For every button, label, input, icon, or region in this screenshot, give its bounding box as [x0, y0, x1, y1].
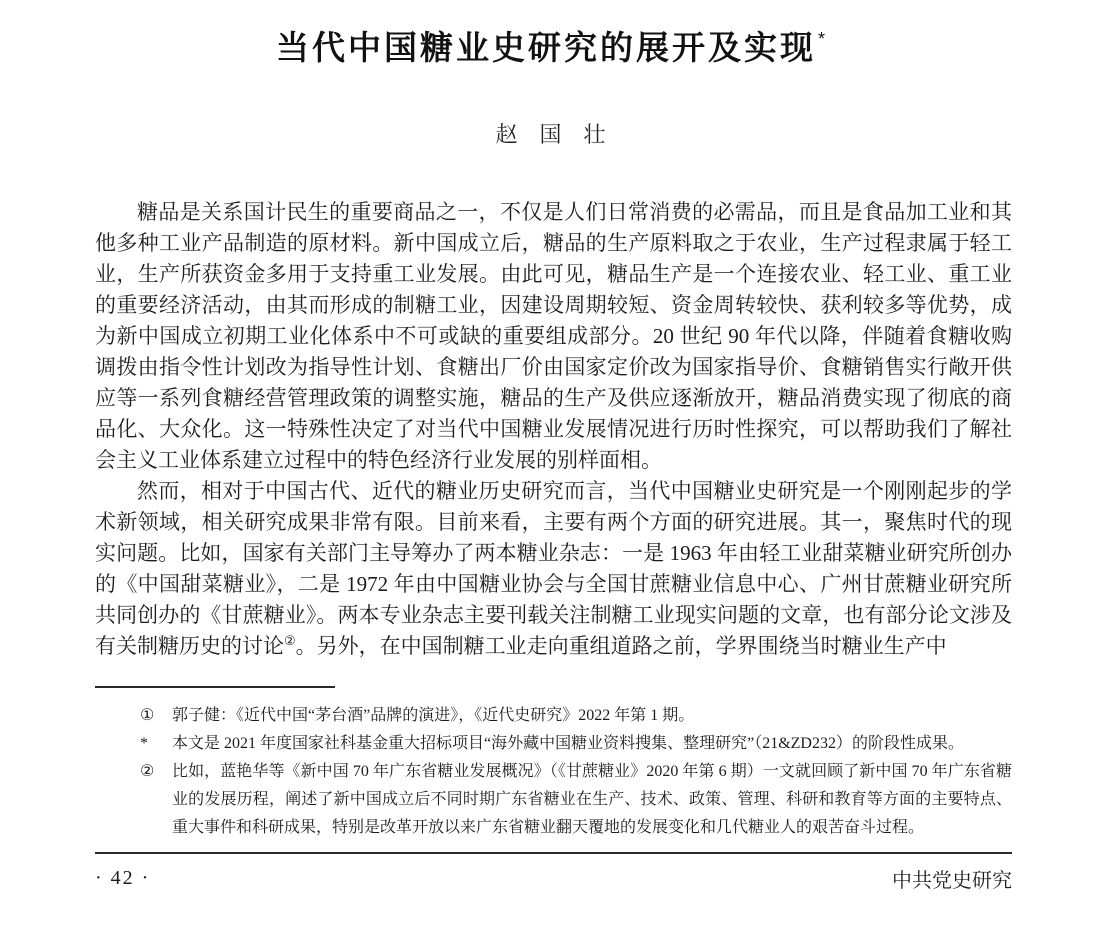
page-number: · 42 ·: [95, 867, 150, 890]
article-body: 糖品是关系国计民生的重要商品之一，不仅是人们日常消费的必需品，而且是食品加工业和…: [95, 197, 1012, 662]
page-footer: · 42 · 中共党史研究: [95, 864, 1012, 893]
footnote-text-2: 比如，蓝艳华等《新中国 70 年广东省糖业发展概况》（《甘蔗糖业》2020 年第…: [172, 758, 1012, 842]
paragraph-2-text-cont: 。另外，在中国制糖工业走向重组道路之前，学界围绕当时糖业生产中: [296, 634, 947, 658]
document-page: 当代中国糖业史研究的展开及实现* 赵 国 壮 糖品是关系国计民生的重要商品之一，…: [0, 0, 1101, 925]
footnote-marker-1: ①: [140, 702, 172, 730]
journal-name: 中共党史研究: [892, 864, 1012, 893]
page-title: 当代中国糖业史研究的展开及实现*: [0, 22, 1101, 69]
footnote-ref-2: ②: [284, 633, 296, 648]
title-footnote-asterisk: *: [818, 29, 825, 49]
paragraph-1: 糖品是关系国计民生的重要商品之一，不仅是人们日常消费的必需品，而且是食品加工业和…: [95, 197, 1012, 476]
footnote-item-asterisk: * 本文是 2021 年度国家社科基金重大招标项目“海外藏中国糖业资料搜集、整理…: [95, 730, 1012, 758]
footnote-text-1: 郭子健：《近代中国“茅台酒”品牌的演进》，《近代史研究》2022 年第 1 期。: [172, 702, 1012, 730]
footnote-separator-rule: [95, 686, 335, 688]
footnote-marker-2: ②: [140, 758, 172, 786]
footnote-item-2: ② 比如，蓝艳华等《新中国 70 年广东省糖业发展概况》（《甘蔗糖业》2020 …: [95, 758, 1012, 842]
paragraph-2-text: 然而，相对于中国古代、近代的糖业历史研究而言，当代中国糖业史研究是一个刚刚起步的…: [95, 479, 1012, 658]
author-name: 赵 国 壮: [0, 118, 1101, 149]
footnote-marker-asterisk: *: [140, 730, 172, 758]
paragraph-2: 然而，相对于中国古代、近代的糖业历史研究而言，当代中国糖业史研究是一个刚刚起步的…: [95, 476, 1012, 662]
footnote-text-asterisk: 本文是 2021 年度国家社科基金重大招标项目“海外藏中国糖业资料搜集、整理研究…: [172, 730, 1012, 758]
footnote-section: ① 郭子健：《近代中国“茅台酒”品牌的演进》，《近代史研究》2022 年第 1 …: [95, 686, 1012, 842]
footnote-item-1: ① 郭子健：《近代中国“茅台酒”品牌的演进》，《近代史研究》2022 年第 1 …: [95, 702, 1012, 730]
footer-rule: [95, 852, 1012, 854]
page-title-text: 当代中国糖业史研究的展开及实现: [276, 29, 816, 66]
